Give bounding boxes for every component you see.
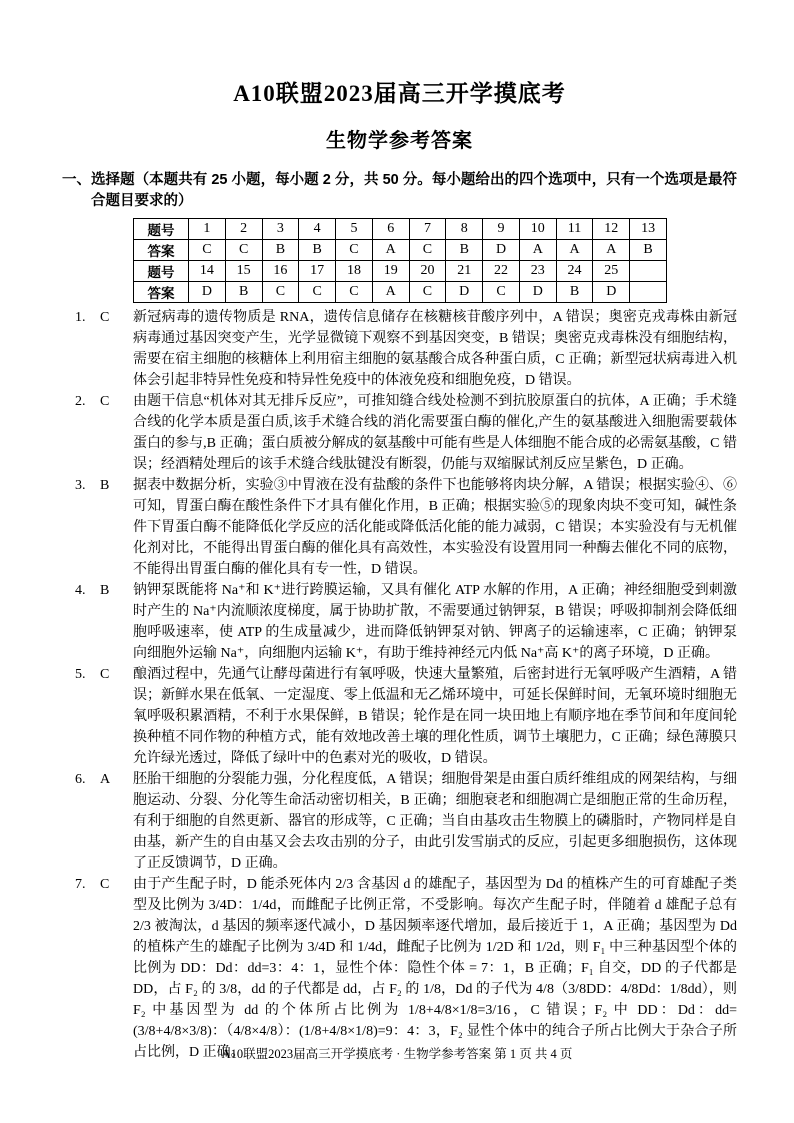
answer-letter-cell: C — [262, 282, 299, 303]
question-number-cell: 6 — [372, 219, 409, 240]
row-header-cell: 答案 — [134, 240, 189, 261]
answer-letter-cell: C — [189, 240, 226, 261]
item-number: 3. — [75, 475, 100, 580]
question-number-cell: 24 — [556, 261, 593, 282]
question-number-cell: 12 — [593, 219, 630, 240]
item-answer-letter: C — [100, 664, 133, 769]
explanation-item: 6.A胚胎干细胞的分裂能力强，分化程度低，A 错误；细胞骨架是由蛋白质纤维组成的… — [62, 769, 737, 874]
question-number-cell: 1 — [189, 219, 226, 240]
answer-letter-cell: D — [189, 282, 226, 303]
answer-letter-cell: B — [556, 282, 593, 303]
explanation-list: 1.C新冠病毒的遗传物质是 RNA，遗传信息储存在核糖核苷酸序列中，A 错误；奥… — [62, 307, 737, 1063]
item-explanation-text: 新冠病毒的遗传物质是 RNA，遗传信息储存在核糖核苷酸序列中，A 错误；奥密克戎… — [133, 307, 737, 391]
question-number-cell: 16 — [262, 261, 299, 282]
question-number-cell — [630, 261, 667, 282]
item-answer-letter: C — [100, 307, 133, 391]
answer-table-row: 题号141516171819202122232425 — [134, 261, 667, 282]
answer-letter-cell: A — [593, 240, 630, 261]
item-answer-letter: A — [100, 769, 133, 874]
item-number: 5. — [75, 664, 100, 769]
answer-letter-cell: B — [630, 240, 667, 261]
section-instructions: 选择题（本题共有 25 小题，每小题 2 分，共 50 分。每小题给出的四个选项… — [91, 170, 737, 212]
question-number-cell: 9 — [483, 219, 520, 240]
answer-letter-cell: B — [225, 282, 262, 303]
question-number-cell: 19 — [372, 261, 409, 282]
item-number: 2. — [75, 391, 100, 475]
answer-letter-cell: C — [225, 240, 262, 261]
item-number: 1. — [75, 307, 100, 391]
page-footer: A10联盟2023届高三开学摸底考 · 生物学参考答案 第 1 页 共 4 页 — [0, 1046, 794, 1062]
explanation-item: 4.B钠钾泵既能将 Na⁺和 K⁺进行跨膜运输，又具有催化 ATP 水解的作用，… — [62, 580, 737, 664]
answer-letter-cell: D — [593, 282, 630, 303]
answer-letter-cell: B — [299, 240, 336, 261]
row-header-cell: 题号 — [134, 219, 189, 240]
question-number-cell: 17 — [299, 261, 336, 282]
question-number-cell: 4 — [299, 219, 336, 240]
answer-table-body: 题号12345678910111213答案CCBBCACBDAAAB题号1415… — [134, 219, 667, 303]
question-number-cell: 13 — [630, 219, 667, 240]
section-heading: 一、 选择题（本题共有 25 小题，每小题 2 分，共 50 分。每小题给出的四… — [62, 170, 737, 212]
answer-letter-cell — [630, 282, 667, 303]
answer-letter-cell: C — [336, 240, 373, 261]
question-number-cell: 8 — [446, 219, 483, 240]
answer-table-row: 答案DBCCCACDCDBD — [134, 282, 667, 303]
item-explanation-text: 由题干信息“机体对其无排斥反应”，可推知缝合线处检测不到抗胶原蛋白的抗体，A 正… — [133, 391, 737, 475]
explanation-item: 7.C由于产生配子时，D 能杀死体内 2/3 含基因 d 的雄配子，基因型为 D… — [62, 874, 737, 1063]
row-header-cell: 题号 — [134, 261, 189, 282]
item-explanation-text: 酿酒过程中，先通气让酵母菌进行有氧呼吸，快速大量繁殖，后密封进行无氧呼吸产生酒精… — [133, 664, 737, 769]
question-number-cell: 2 — [225, 219, 262, 240]
question-number-cell: 10 — [519, 219, 556, 240]
question-number-cell: 25 — [593, 261, 630, 282]
answer-letter-cell: C — [299, 282, 336, 303]
answer-sheet-page: A10联盟2023届高三开学摸底考 生物学参考答案 一、 选择题（本题共有 25… — [0, 0, 794, 1123]
answer-letter-cell: C — [409, 282, 446, 303]
answer-letter-cell: A — [519, 240, 556, 261]
answer-letter-cell: D — [519, 282, 556, 303]
item-answer-letter: B — [100, 475, 133, 580]
question-number-cell: 15 — [225, 261, 262, 282]
question-number-cell: 5 — [336, 219, 373, 240]
explanation-item: 5.C酿酒过程中，先通气让酵母菌进行有氧呼吸，快速大量繁殖，后密封进行无氧呼吸产… — [62, 664, 737, 769]
question-number-cell: 11 — [556, 219, 593, 240]
exam-title: A10联盟2023届高三开学摸底考 — [62, 80, 737, 108]
answer-letter-cell: A — [372, 240, 409, 261]
explanation-item: 2.C由题干信息“机体对其无排斥反应”，可推知缝合线处检测不到抗胶原蛋白的抗体，… — [62, 391, 737, 475]
question-number-cell: 21 — [446, 261, 483, 282]
answer-letter-cell: A — [372, 282, 409, 303]
answer-table-row: 答案CCBBCACBDAAAB — [134, 240, 667, 261]
question-number-cell: 20 — [409, 261, 446, 282]
question-number-cell: 14 — [189, 261, 226, 282]
answer-letter-cell: A — [556, 240, 593, 261]
question-number-cell: 23 — [519, 261, 556, 282]
explanation-item: 1.C新冠病毒的遗传物质是 RNA，遗传信息储存在核糖核苷酸序列中，A 错误；奥… — [62, 307, 737, 391]
answer-letter-cell: B — [446, 240, 483, 261]
item-explanation-text: 由于产生配子时，D 能杀死体内 2/3 含基因 d 的雄配子，基因型为 Dd 的… — [133, 874, 737, 1063]
answer-letter-cell: C — [409, 240, 446, 261]
question-number-cell: 18 — [336, 261, 373, 282]
item-answer-letter: C — [100, 391, 133, 475]
explanation-item: 3.B据表中数据分析，实验③中胃液在没有盐酸的条件下也能够将肉块分解，A 错误；… — [62, 475, 737, 580]
item-number: 4. — [75, 580, 100, 664]
answer-letter-cell: B — [262, 240, 299, 261]
item-answer-letter: C — [100, 874, 133, 1063]
item-number: 6. — [75, 769, 100, 874]
answer-letter-cell: C — [483, 282, 520, 303]
answer-letter-cell: D — [446, 282, 483, 303]
item-number: 7. — [75, 874, 100, 1063]
item-answer-letter: B — [100, 580, 133, 664]
answer-table: 题号12345678910111213答案CCBBCACBDAAAB题号1415… — [133, 218, 667, 303]
subject-subtitle: 生物学参考答案 — [62, 129, 737, 154]
section-marker: 一、 — [62, 170, 91, 191]
question-number-cell: 22 — [483, 261, 520, 282]
answer-letter-cell: D — [483, 240, 520, 261]
answer-letter-cell: C — [336, 282, 373, 303]
item-explanation-text: 胚胎干细胞的分裂能力强，分化程度低，A 错误；细胞骨架是由蛋白质纤维组成的网架结… — [133, 769, 737, 874]
question-number-cell: 7 — [409, 219, 446, 240]
question-number-cell: 3 — [262, 219, 299, 240]
row-header-cell: 答案 — [134, 282, 189, 303]
item-explanation-text: 据表中数据分析，实验③中胃液在没有盐酸的条件下也能够将肉块分解，A 错误；根据实… — [133, 475, 737, 580]
item-explanation-text: 钠钾泵既能将 Na⁺和 K⁺进行跨膜运输，又具有催化 ATP 水解的作用，A 正… — [133, 580, 737, 664]
answer-table-row: 题号12345678910111213 — [134, 219, 667, 240]
